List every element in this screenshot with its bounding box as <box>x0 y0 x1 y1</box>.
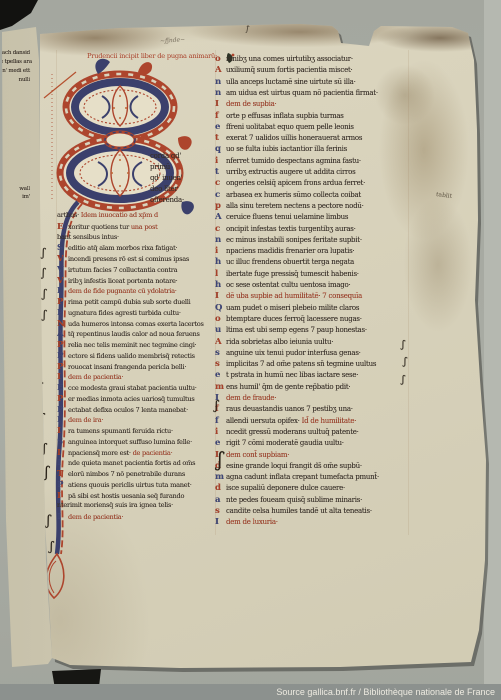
rubric-line: Idem de pacientia· <box>57 372 123 383</box>
line-initial: f <box>215 111 226 121</box>
rubric-line: Idem de fraude· <box>215 393 276 404</box>
manuscript-line: Atq̄ repentinus laudis calor ad noua fer… <box>57 329 200 340</box>
manuscript-line: disce supaliū deponere dulce cauere· <box>215 483 345 494</box>
line-initial: h <box>215 280 226 290</box>
manuscript-line: bant̄ sensibus intus· <box>57 233 119 244</box>
manuscript-line: scandite celsa humiles tandē ut alta ten… <box>215 506 372 517</box>
manuscript-line: offerenda· <box>150 196 184 207</box>
manuscript-line: Vincendi presens rō est si cominus ipsas <box>57 254 189 265</box>
manuscript-line: Inde quieta manet pacientia fortis ad om… <box>57 458 195 469</box>
line-initial: m <box>215 472 226 482</box>
line-initial: o <box>215 54 226 64</box>
manuscript-line: fraus deuastandis uanos 7 pestibʒ una· <box>215 404 353 415</box>
right-text-column: omnibʒ una comes uirtutibʒ associatur·Au… <box>215 54 411 540</box>
manuscript-line: huc illuc frendens obuertit terga negata <box>215 257 354 268</box>
line-initial: a <box>215 495 226 505</box>
manuscript-line: inferret tumido despectans agmina fastu· <box>215 156 361 167</box>
manuscript-line: Ecce modesta graui stabat pacientia uult… <box>57 383 197 394</box>
rubric-line: Idē uba supbie ad humilitatē· 7 consequī… <box>215 291 362 302</box>
line-initial: t <box>215 167 226 177</box>
manuscript-line: carbasea ex humeris sūmo collecta coibat <box>215 190 361 201</box>
rubric-line: Idem de pacientia· <box>57 512 123 523</box>
line-initial: m <box>215 382 226 392</box>
line-initial: c <box>215 178 226 188</box>
rubric-line: Idem de luxuria· <box>215 517 278 528</box>
manuscript-line: Per medias inmota acies uariosq̄ tumultu… <box>57 394 195 405</box>
manuscript-line: nulli <box>0 77 30 88</box>
manuscript-line: Pugnatura fides agresti turbida cultu· <box>57 308 181 319</box>
line-initial: P <box>57 351 68 361</box>
manuscript-line: Viribʒ infestis liceat portenta notare· <box>57 276 177 287</box>
line-initial: V <box>57 254 68 264</box>
line-initial: P <box>57 394 68 404</box>
manuscript-line: nam uidua est uirtus quam nō pacientia f… <box>215 88 378 99</box>
line-initial: A <box>215 337 226 347</box>
line-initial: P <box>57 480 68 490</box>
line-initial: u <box>215 325 226 335</box>
line-initial: T <box>57 469 68 479</box>
manuscript-line: Ira tumens spumanti feruida rictu· <box>57 426 173 437</box>
line-initial: e <box>215 370 226 380</box>
line-initial: I <box>57 286 68 296</box>
line-initial: A <box>57 329 68 339</box>
line-initial: p <box>215 201 226 211</box>
manuscript-line: Quam pudet o miseri plebeio milite claro… <box>215 303 359 314</box>
manuscript-line: desine grande loqui frangit ds̄ om̄e sup… <box>215 461 362 472</box>
line-initial: I <box>57 512 68 522</box>
manuscript-line: Prelia nec telis meminit nec tegmine cin… <box>57 340 196 351</box>
manuscript-line: nterimit moriensq̄ suis ira ignea telis· <box>57 501 173 512</box>
rubric-line: Idem de fide pugnante cū ydolatria· <box>57 286 177 297</box>
line-initial: E <box>57 222 68 232</box>
manuscript-line: Seditio atq̄ aīam morbos rixa fatigat· <box>57 243 177 254</box>
manuscript-line: et pstrata in humū nec libas iactare ses… <box>215 370 358 381</box>
manuscript-line: deo līter <box>150 185 178 196</box>
manuscript-line: Arida sobrietas albo ieiunia uultu· <box>215 337 333 348</box>
manuscript-photo-viewer: ach danside tpellas aran' medi ettnulli … <box>0 0 501 700</box>
photo-backdrop-right <box>484 0 501 700</box>
line-initial: I <box>215 517 226 527</box>
line-initial: P <box>57 340 68 350</box>
manuscript-line: Auxiliumq̄ suum fortis pacientia miscet· <box>215 65 353 76</box>
manuscript-line: palla sinu teretem nectens a pectore nod… <box>215 201 364 212</box>
attribution-text: Source gallica.bnf.fr / Bibliothèque nat… <box>276 684 495 700</box>
manuscript-line: Patiens quouis periclis uirtus tuta mane… <box>57 480 192 491</box>
manuscript-line: magna cadunt inflata crepant tumefacta p… <box>215 472 379 483</box>
manuscript-line: Telorū nimbos 7 nō penetrabile durans <box>57 469 185 480</box>
line-initial: P <box>57 362 68 372</box>
manuscript-line: mens humil' q̄m de gente rep̄batio pdit· <box>215 382 350 393</box>
manuscript-line: libertate fuge pressisq̄ tumescit habeni… <box>215 269 359 280</box>
line-initial: A <box>215 65 226 75</box>
manuscript-line: qd' inuen' <box>150 174 182 185</box>
line-initial: I <box>57 458 68 468</box>
line-initial: f <box>215 416 226 426</box>
line-initial: I <box>57 415 68 425</box>
line-initial: s <box>215 506 226 516</box>
manuscript-line: fallendi uersuta opifex· Id̄ de humilita… <box>215 416 356 427</box>
rubric-line: Idem cont̄ supbiam· <box>215 450 289 461</box>
line-initial: A <box>215 212 226 222</box>
line-initial: P <box>57 405 68 415</box>
line-initial: i <box>215 427 226 437</box>
line-initial: E <box>57 383 68 393</box>
manuscript-line: obtemptare duces ferroq̄ lacessere nugas… <box>215 314 362 325</box>
marginal-note: tablit <box>436 191 453 200</box>
manuscript-line: Pectabat defixa oculos 7 lenta manebat· <box>57 405 188 416</box>
line-initial: s <box>215 348 226 358</box>
line-initial: o <box>215 314 226 324</box>
line-initial: I <box>57 372 68 382</box>
manuscript-line: congeries celsiq̄ apicem frons ardua fer… <box>215 178 365 189</box>
manuscript-line: incedit gressū moderans uultuq̄ patente· <box>215 427 359 438</box>
manuscript-line: texerat 7 ualidos uillis honerauerat arm… <box>215 133 362 144</box>
line-initial: q <box>215 144 226 154</box>
line-initial: c <box>215 190 226 200</box>
manuscript-line: erigit 7 cōmi moderatē gaudia uultu· <box>215 438 344 449</box>
line-initial: n <box>215 88 226 98</box>
rubric-line: Idem de supbia· <box>215 99 277 110</box>
manuscript-line: inpaciens madidis frenarier ora lupatis· <box>215 246 354 257</box>
manuscript-line: primū <box>150 163 170 174</box>
manuscript-line: simplicitas 7 ad om̄e patens sn̄ tegmine… <box>215 359 376 370</box>
line-initial: I <box>57 426 68 436</box>
line-initial: i <box>215 156 226 166</box>
manuscript-line: sanguine uix tenui pudor interfusa genas… <box>215 348 361 359</box>
manuscript-line: arthus· Idem inuocatio ad xp̄m d̄ <box>57 211 158 222</box>
manuscript-line: effreni uolitabat equo quem pelle leonis <box>215 122 354 133</box>
line-initial: i <box>215 246 226 256</box>
line-initial: V <box>57 276 68 286</box>
line-initial: I <box>215 291 226 301</box>
manuscript-line: Prouocat insani frangenda pericla belli· <box>57 362 186 373</box>
manuscript-line: Virtutum facies 7 colluctantia contra <box>57 265 177 276</box>
line-initial: N <box>57 319 68 329</box>
manuscript-line: turribʒ extructis augere ut addita cirro… <box>215 167 355 178</box>
line-initial: s <box>215 359 226 369</box>
manuscript-line: Ipā sibi est hostis uesania seq̄ furando <box>57 491 184 502</box>
line-initial: I <box>57 448 68 458</box>
line-initial: Q <box>215 303 226 313</box>
manuscript-line: hoc sese ostentat cultu uentosa imago· <box>215 280 350 291</box>
manuscript-line: forte p effusas inflata supbia turmas <box>215 111 344 122</box>
line-initial: I <box>57 491 68 501</box>
manuscript-line: Aceruice fluens tenui uelamine limbus <box>215 212 348 223</box>
manuscript-line: Exoritur quotiens tur una post <box>57 222 158 233</box>
line-initial: h <box>215 257 226 267</box>
manuscript-line: ultima est ubi semp egens 7 paup honesta… <box>215 325 367 336</box>
line-initial: e <box>215 122 226 132</box>
line-initial: n <box>215 235 226 245</box>
line-initial: n <box>215 77 226 87</box>
manuscript-line: nulla anceps luctamē sine uirtute sū ill… <box>215 77 356 88</box>
left-text-column: arthus· Idem inuocatio ad xp̄m d̄Exoritu… <box>57 211 218 529</box>
line-initial: P <box>57 308 68 318</box>
folio-mark: f <box>246 24 249 34</box>
line-initial: c <box>215 224 226 234</box>
gallica-footer-bar: Source gallica.bnf.fr / Bibliothèque nat… <box>0 684 501 700</box>
manuscript-line: concipit infestas textis turgentibʒ aura… <box>215 224 356 235</box>
line-initial: t <box>215 133 226 143</box>
manuscript-line: nec minus instabili sonipes feritate sup… <box>215 235 362 246</box>
manuscript-line: ante pedes foueam quisq̄ sublime minaris… <box>215 495 362 506</box>
manuscript-line: quo se fulta iubis iactantior illa ferin… <box>215 144 347 155</box>
rubric-line: Idem de ira· <box>57 415 103 426</box>
manuscript-line: Prima petit campū dubia sub sorte duelli <box>57 297 190 308</box>
line-initial: I <box>215 99 226 109</box>
manuscript-line: corda qd' <box>150 152 181 163</box>
manuscript-line: Sanguinea intorquet suffuso lumina felle… <box>57 437 192 448</box>
line-initial: P <box>57 297 68 307</box>
line-initial: V <box>57 265 68 275</box>
line-initial: S <box>57 437 68 447</box>
line-initial: S <box>57 243 68 253</box>
line-initial: l <box>215 269 226 279</box>
manuscript-line: im' <box>0 194 30 205</box>
manuscript-line: omnibʒ una comes uirtutibʒ associatur· <box>215 54 353 65</box>
manuscript-line: Pectore si fidens ualido membrisq̄ retec… <box>57 351 195 362</box>
scribble-annotation: ~ƒʃnde~ <box>160 36 186 45</box>
manuscript-line: Inpaciensq̄ more est· de pacientia· <box>57 448 172 459</box>
line-initial: d <box>215 483 226 493</box>
manuscript-page: Prudencii incipit liber de pugna animarū… <box>0 0 501 700</box>
manuscript-line: Nuda humeros intonsa comas exerta lacert… <box>57 319 204 330</box>
